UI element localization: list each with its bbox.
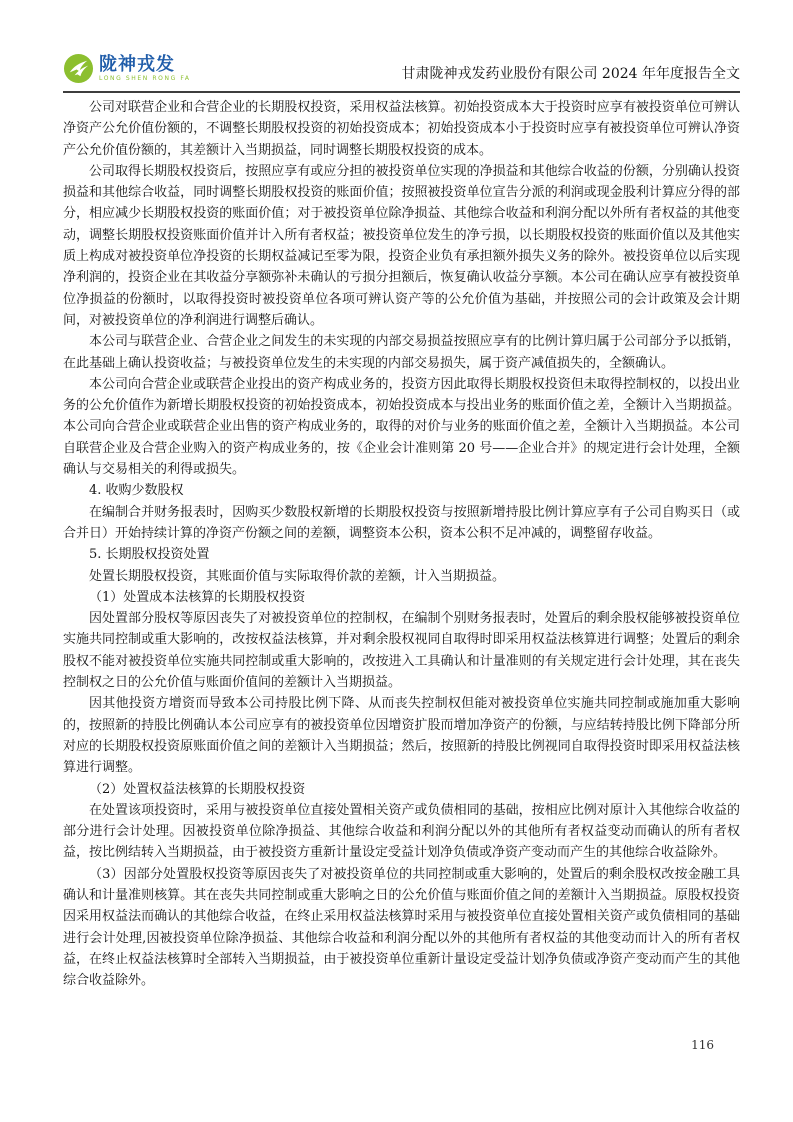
heading-disposal-equity-method: （2）处置权益法核算的长期股权投资 — [63, 779, 740, 800]
paragraph-post-acquisition-recognition: 公司取得长期股权投资后，按照应享有或应分担的被投资单位实现的净损益和其他综合收益… — [63, 161, 740, 331]
paragraph-loss-of-joint-control: （3）因部分处置股权投资等原因丧失了对被投资单位的共同控制或重大影响的，处置后的… — [63, 864, 740, 992]
report-title: 甘肃陇神戎发药业股份有限公司 2024 年年度报告全文 — [401, 63, 740, 86]
document-body: 公司对联营企业和合营企业的长期股权投资，采用权益法核算。初始投资成本大于投资时应… — [63, 97, 740, 991]
page-number: 116 — [691, 1038, 714, 1052]
page-header: 陇神戎发 LONG SHEN RONG FA 甘肃陇神戎发药业股份有限公司 20… — [63, 44, 740, 86]
logo-company-name: 陇神戎发 — [99, 56, 191, 74]
paragraph-disposal-general: 处置长期股权投资，其账面价值与实际取得价款的差额，计入当期损益。 — [63, 566, 740, 587]
logo-text-block: 陇神戎发 LONG SHEN RONG FA — [99, 56, 191, 82]
bird-logo-icon — [63, 53, 94, 84]
paragraph-dilution-by-other-investors: 因其他投资方增资而导致本公司持股比例下降、从而丧失控制权但能对被投资单位实施共同… — [63, 693, 740, 778]
heading-disposal-cost-method: （1）处置成本法核算的长期股权投资 — [63, 587, 740, 608]
paragraph-disposal-cost-method: 因处置部分股权等原因丧失了对被投资单位的控制权，在编制个别财务报表时，处置后的剩… — [63, 608, 740, 693]
report-page: 陇神戎发 LONG SHEN RONG FA 甘肃陇神戎发药业股份有限公司 20… — [0, 0, 793, 1122]
heading-5-lt-equity-disposal: 5. 长期股权投资处置 — [63, 544, 740, 565]
header-divider — [63, 91, 740, 93]
paragraph-disposal-equity-method: 在处置该项投资时，采用与被投资单位直接处置相关资产或负债相同的基础，按相应比例对… — [63, 800, 740, 864]
company-logo: 陇神戎发 LONG SHEN RONG FA — [63, 53, 191, 86]
paragraph-equity-method-initial-cost: 公司对联营企业和合营企业的长期股权投资，采用权益法核算。初始投资成本大于投资时应… — [63, 97, 740, 161]
heading-4-minority-equity-purchase: 4. 收购少数股权 — [63, 480, 740, 501]
paragraph-minority-equity-purchase: 在编制合并财务报表时，因购买少数股权新增的长期股权投资与按照新增持股比例计算应享… — [63, 502, 740, 545]
logo-company-name-en: LONG SHEN RONG FA — [99, 76, 191, 82]
paragraph-unrealized-internal-transactions: 本公司与联营企业、合营企业之间发生的未实现的内部交易损益按照应享有的比例计算归属… — [63, 331, 740, 374]
paragraph-asset-contribution-business: 本公司向合营企业或联营企业投出的资产构成业务的，投资方因此取得长期股权投资但未取… — [63, 374, 740, 480]
